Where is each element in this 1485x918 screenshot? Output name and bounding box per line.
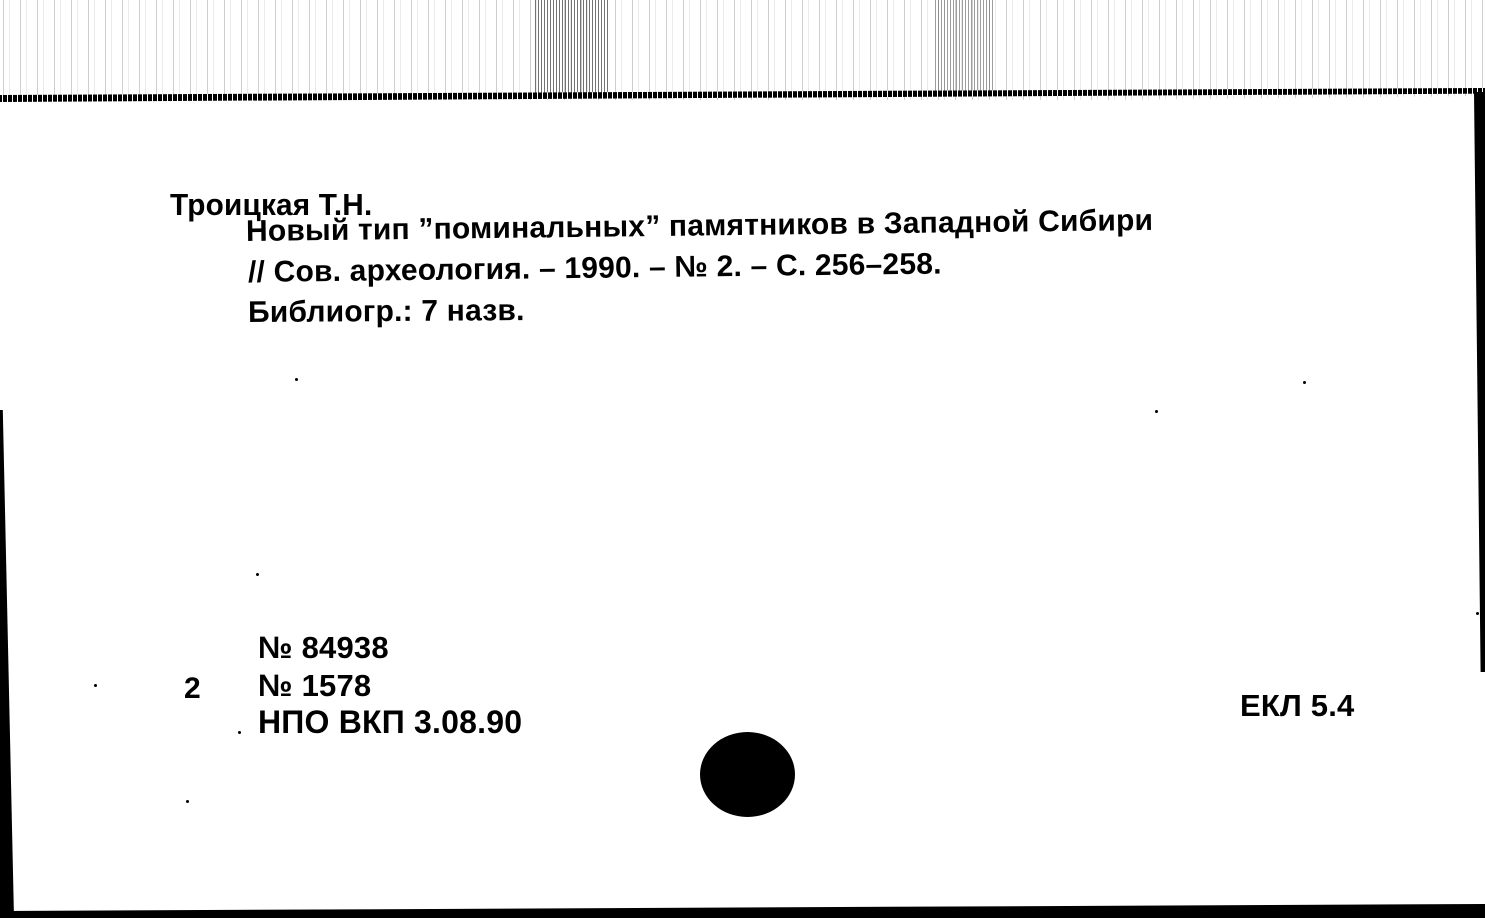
classification-code: ЕКЛ 5.4	[1240, 688, 1354, 724]
catalog-card-scan: Троицкая Т.Н. Новый тип ”поминальных” па…	[0, 0, 1485, 918]
punch-hole	[700, 732, 795, 817]
speck	[1476, 612, 1479, 615]
scanner-noise-band	[535, 0, 610, 96]
copy-count: 2	[184, 672, 201, 706]
card-bottom-shadow	[0, 904, 1485, 918]
accession-number: № 84938	[258, 630, 389, 666]
speck	[256, 573, 259, 576]
speck	[1155, 410, 1158, 413]
speck	[295, 378, 298, 381]
scanner-noise-band	[935, 0, 995, 96]
scanner-noise-top	[0, 0, 1485, 100]
accession-number: № 1578	[258, 668, 371, 704]
card-bibliography: Библиогр.: 7 назв.	[248, 294, 525, 330]
speck	[238, 731, 241, 734]
speck	[94, 684, 97, 687]
source-stamp: НПО ВКП 3.08.90	[258, 704, 522, 741]
speck	[1303, 381, 1306, 384]
speck	[186, 800, 189, 803]
